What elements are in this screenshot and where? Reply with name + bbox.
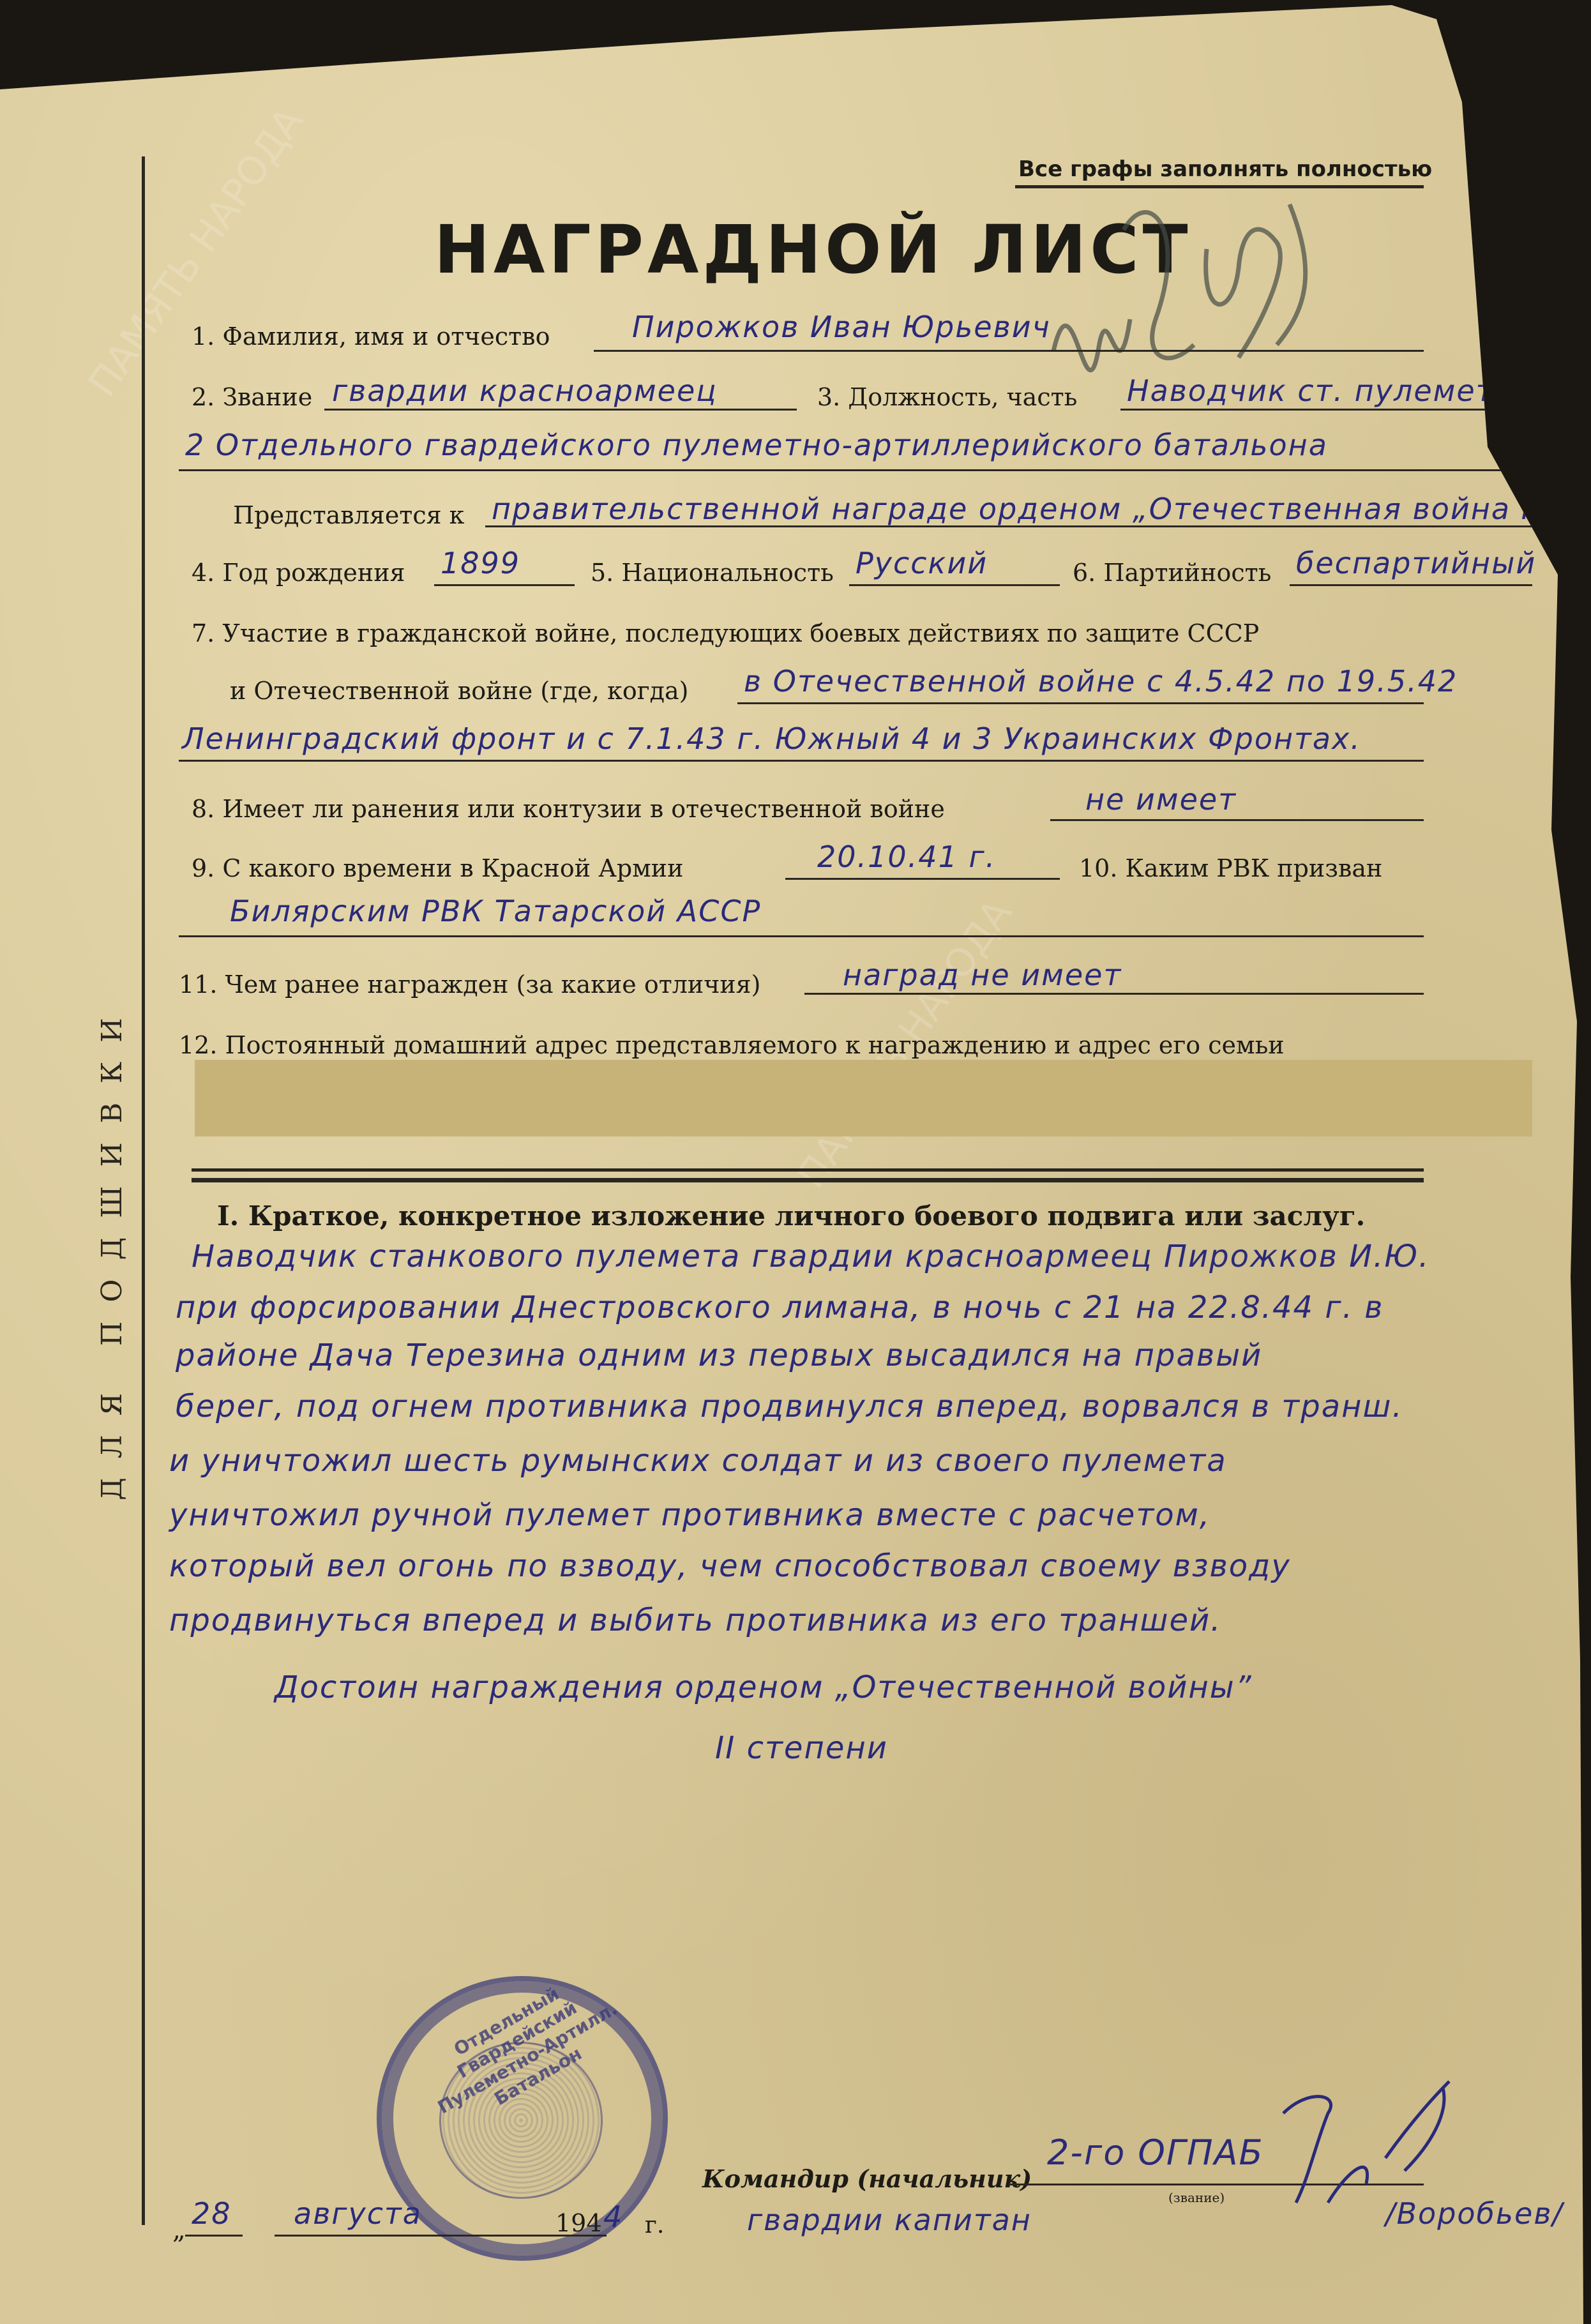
award-sheet-paper: ПАМЯТЬ НАРОДА ПАМЯТЬ НАРОДА ДЛЯ ПОДШИВКИ… bbox=[0, 0, 1591, 2324]
field-9-label: 9. С какого времени в Красной Армии bbox=[192, 854, 683, 882]
field-9-line bbox=[785, 878, 1060, 880]
narrative-line: берег, под огнем противника продвинулся … bbox=[176, 1389, 1403, 1424]
field-3-value-cont: 2 Отдельного гвардейского пулеметно-арти… bbox=[185, 428, 1328, 462]
rank-caption: (звание) bbox=[1168, 2190, 1225, 2205]
presented-label: Представляется к bbox=[233, 501, 464, 529]
field-2-label: 2. Звание bbox=[192, 383, 312, 411]
field-7-label: 7. Участие в гражданской войне, последую… bbox=[192, 619, 1259, 647]
section-divider-bottom bbox=[192, 1178, 1424, 1182]
binding-margin-label: ДЛЯ ПОДШИВКИ bbox=[96, 999, 128, 1500]
field-8-line bbox=[1050, 819, 1424, 821]
field-11-value: наград не имеет bbox=[843, 958, 1122, 992]
field-7-label-cont: и Отечественной войне (где, когда) bbox=[230, 677, 689, 705]
field-3-label: 3. Должность, часть bbox=[817, 383, 1077, 411]
field-6-value: беспартийный bbox=[1296, 546, 1536, 580]
narrative-line: который вел огонь по взводу, чем способс… bbox=[169, 1548, 1291, 1584]
date-day: 28 bbox=[192, 2196, 232, 2231]
narrative-line: и уничтожил шесть румынских солдат и из … bbox=[169, 1443, 1227, 1479]
field-4-label: 4. Год рождения bbox=[192, 559, 405, 587]
field-5-value: Русский bbox=[856, 546, 988, 580]
presented-value: правительственной награде орденом „Отече… bbox=[492, 492, 1591, 526]
field-5-label: 5. Национальность bbox=[591, 559, 834, 587]
date-quote-open: „ bbox=[172, 2215, 186, 2245]
field-7-line bbox=[737, 702, 1424, 704]
field-3-line bbox=[1120, 409, 1504, 411]
field-10-label: 10. Каким РВК призван bbox=[1079, 854, 1382, 882]
date-month: августа bbox=[294, 2196, 422, 2231]
narrative-line: районе Дача Терезина одним из первых выс… bbox=[176, 1338, 1262, 1373]
field-1-value: Пирожков Иван Юрьевич bbox=[632, 310, 1051, 344]
field-3-line-2 bbox=[179, 469, 1539, 471]
section-heading: I. Краткое, конкретное изложение личного… bbox=[217, 1200, 1365, 1232]
field-10-value: Билярским РВК Татарской АССР bbox=[230, 894, 761, 928]
field-10-line bbox=[179, 935, 1424, 937]
commander-rank: гвардии капитан bbox=[747, 2203, 1032, 2237]
field-11-line bbox=[804, 993, 1424, 995]
header-underline bbox=[1015, 185, 1424, 188]
field-9-value: 20.10.41 г. bbox=[817, 840, 996, 874]
narrative-line: при форсировании Днестровского лимана, в… bbox=[176, 1290, 1384, 1325]
redacted-address-block bbox=[195, 1060, 1532, 1136]
field-8-value: не имеет bbox=[1085, 782, 1237, 817]
field-4-line bbox=[434, 584, 575, 586]
narrative-line: Наводчик станкового пулемета гвардии кра… bbox=[192, 1239, 1429, 1274]
field-1-line bbox=[594, 350, 1424, 352]
field-12-label: 12. Постоянный домашний адрес представля… bbox=[179, 1031, 1285, 1059]
date-year-suffix: 4 bbox=[603, 2199, 623, 2234]
date-day-line bbox=[185, 2235, 243, 2237]
field-6-label: 6. Партийность bbox=[1073, 559, 1271, 587]
field-7-value-cont: Ленинградский фронт и с 7.1.43 г. Южный … bbox=[182, 721, 1361, 756]
recommendation-line: Достоин награждения орденом „Отечественн… bbox=[275, 1670, 1253, 1705]
field-6-line bbox=[1290, 584, 1532, 586]
recommendation-line-cont: II степени bbox=[715, 1730, 888, 1766]
binding-margin-rule bbox=[142, 156, 145, 2225]
field-11-label: 11. Чем ранее награжден (за какие отличи… bbox=[179, 970, 760, 999]
commander-label: Командир (начальник) bbox=[702, 2164, 1032, 2193]
field-4-value: 1899 bbox=[441, 546, 520, 580]
field-1-label: 1. Фамилия, имя и отчество bbox=[192, 322, 550, 351]
watermark: ПАМЯТЬ НАРОДА bbox=[80, 100, 312, 405]
signature-icon bbox=[1271, 2075, 1462, 2228]
date-year-prefix: 194 bbox=[555, 2209, 602, 2237]
narrative-line: продвинуться вперед и выбить противника … bbox=[169, 1603, 1221, 1638]
field-8-label: 8. Имеет ли ранения или контузии в отече… bbox=[192, 795, 945, 823]
commander-unit: 2-го ОГПАБ bbox=[1047, 2132, 1264, 2173]
field-5-line bbox=[849, 584, 1060, 586]
field-7-line-2 bbox=[179, 760, 1424, 762]
header-instruction: Все графы заполнять полностью bbox=[1018, 156, 1432, 182]
date-year-unit: г. bbox=[645, 2212, 664, 2238]
section-divider-top bbox=[192, 1168, 1424, 1172]
field-7-value: в Отечественной войне с 4.5.42 по 19.5.4… bbox=[744, 664, 1458, 698]
field-2-value: гвардии красноармеец bbox=[332, 373, 718, 408]
narrative-line: уничтожил ручной пулемет противника вмес… bbox=[169, 1497, 1210, 1533]
field-2-line bbox=[324, 409, 797, 411]
field-3-value: Наводчик ст. пулемета bbox=[1127, 373, 1514, 408]
